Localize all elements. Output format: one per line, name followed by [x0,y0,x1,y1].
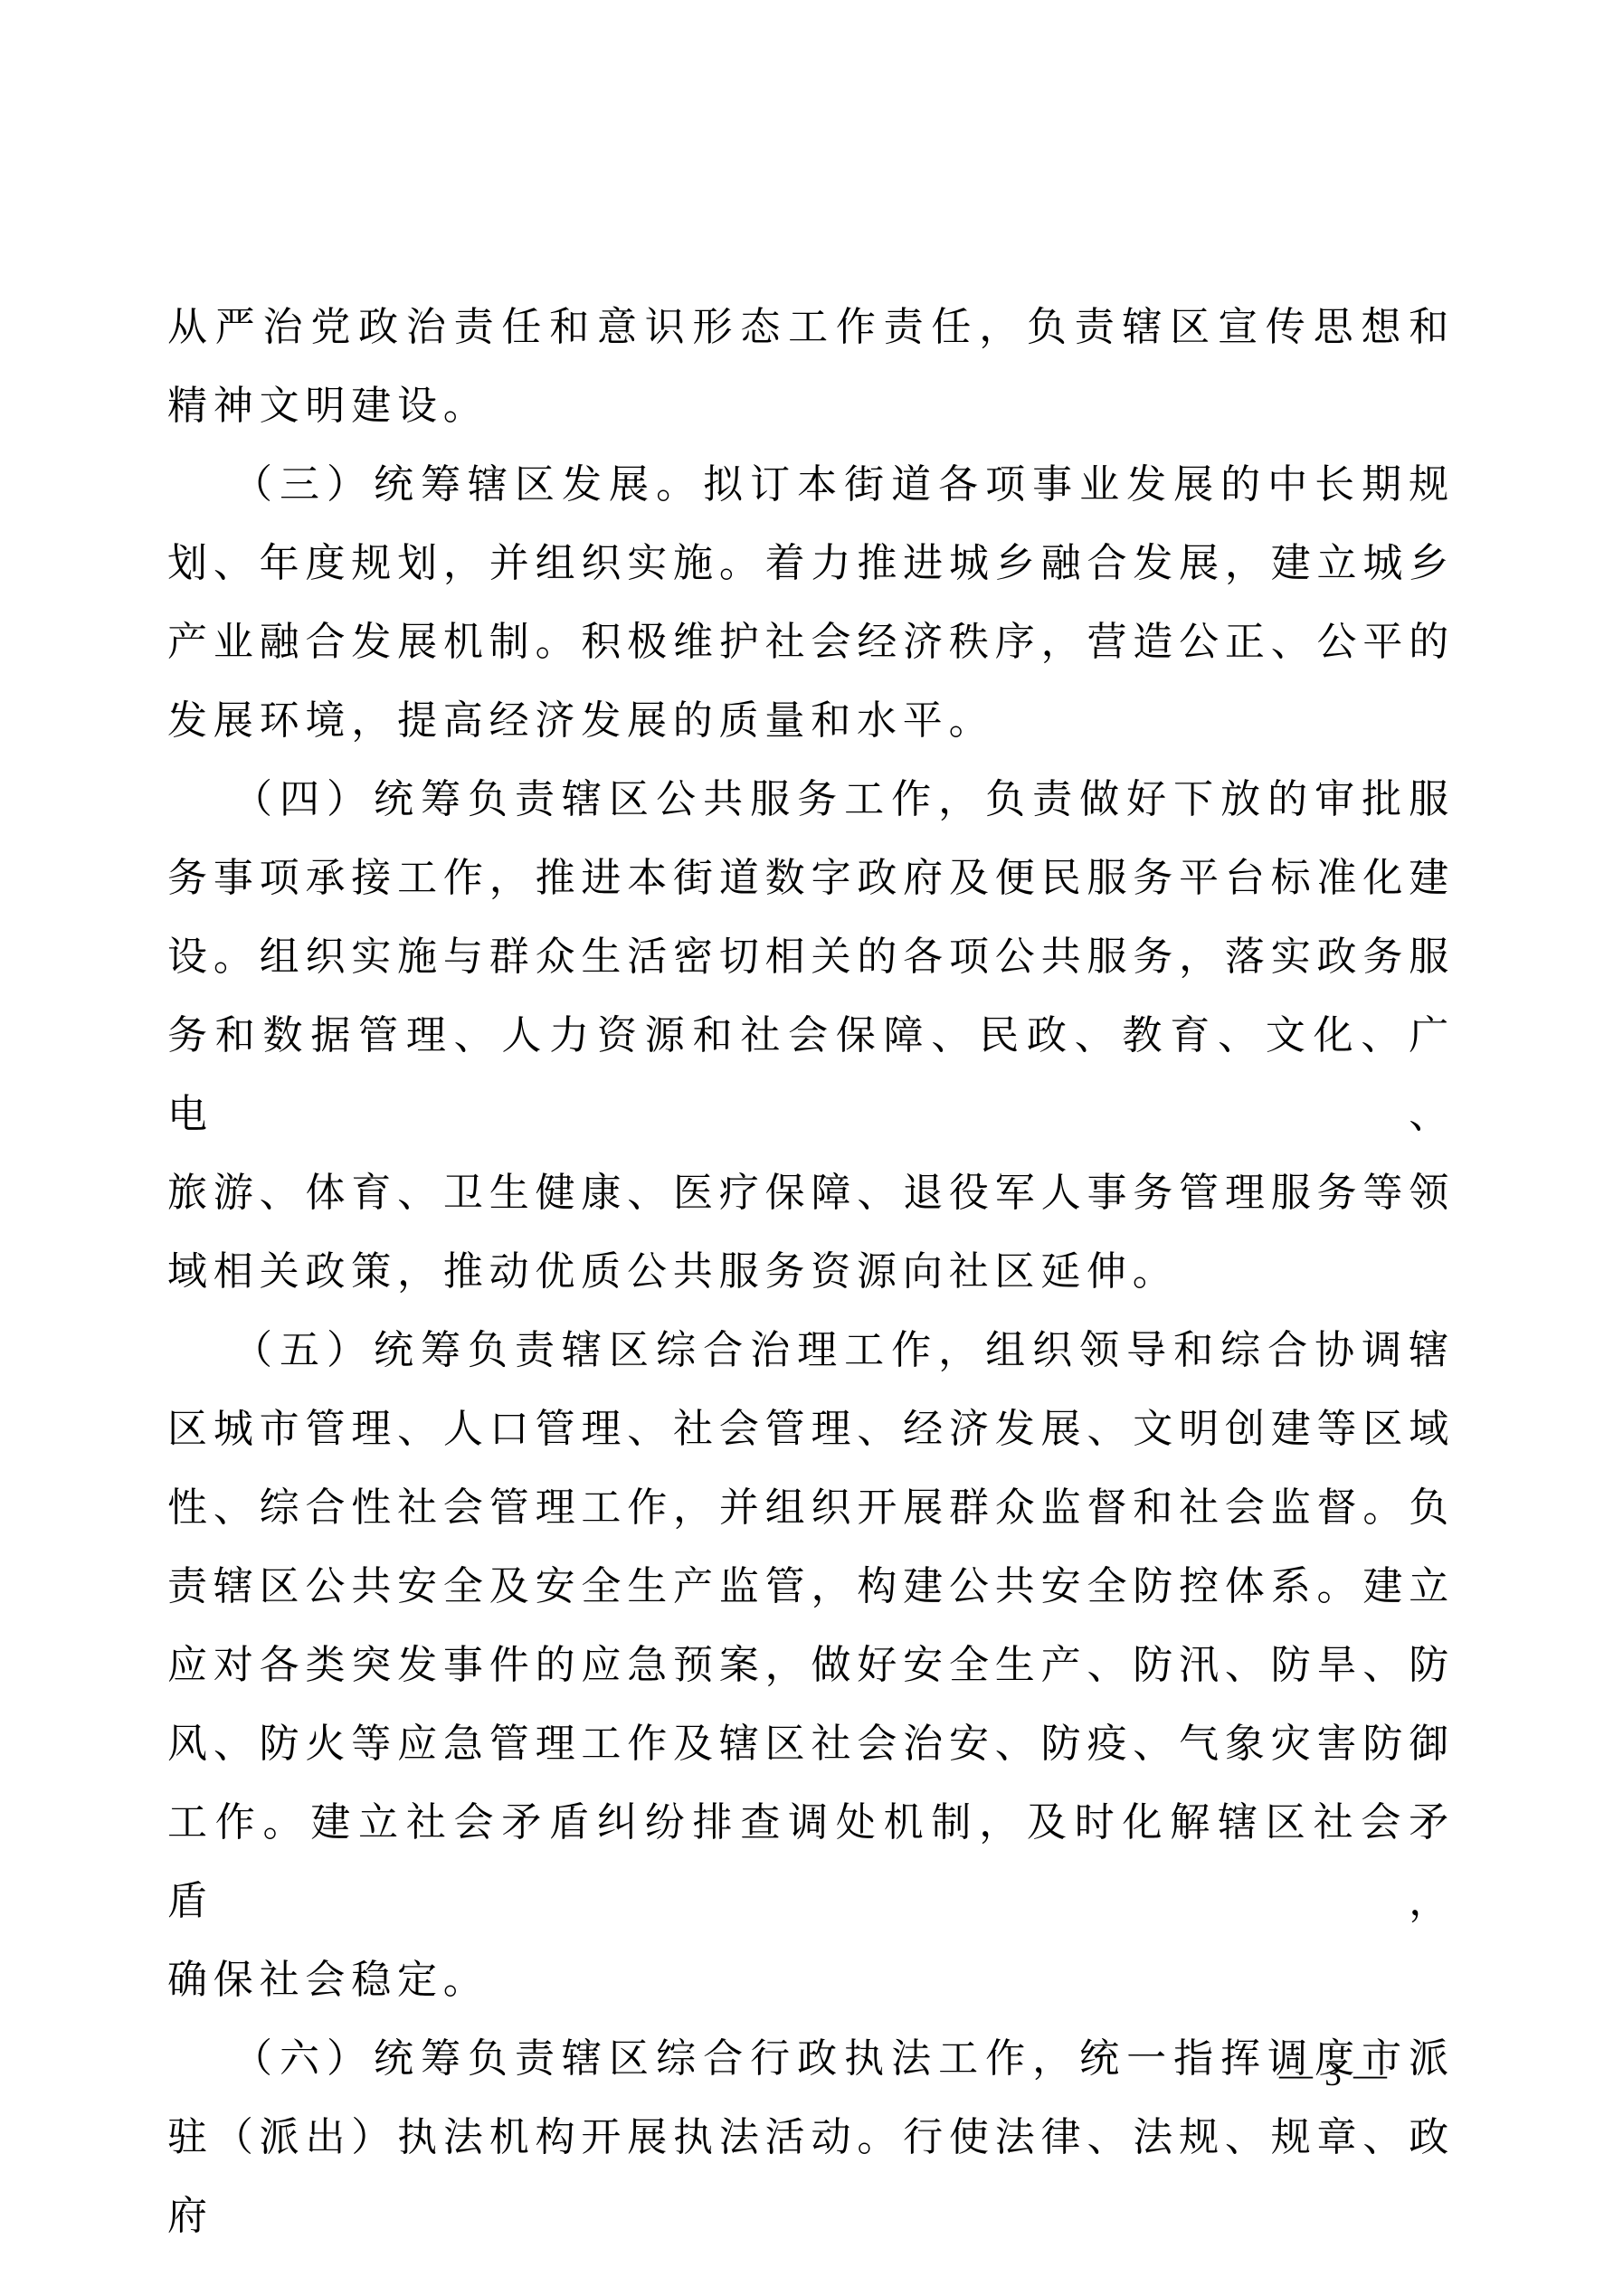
text-line: 旅游、体育、卫生健康、医疗保障、退役军人事务管理服务等领 [167,1153,1455,1232]
text-line: 产业融合发展机制。积极维护社会经济秩序，营造公正、公平的 [167,602,1455,681]
para-item-5: （五）统筹负责辖区综合治理工作，组织领导和综合协调辖区城市管理、人口管理、社会管… [167,1311,1455,2019]
text-line: （三）统筹辖区发展。拟订本街道各项事业发展的中长期规 [167,445,1455,524]
para-item-4: （四）统筹负责辖区公共服务工作，负责做好下放的审批服务事项承接工作，推进本街道数… [167,760,1455,1311]
text-line: 划、年度规划，并组织实施。着力推进城乡融合发展，建立城乡 [167,524,1455,602]
text-line: （四）统筹负责辖区公共服务工作，负责做好下放的审批服 [167,760,1455,839]
text-line: 应对各类突发事件的应急预案，做好安全生产、防汛、防旱、防 [167,1626,1455,1704]
text-line: （五）统筹负责辖区综合治理工作，组织领导和综合协调辖 [167,1311,1455,1390]
text-line: 从严治党政治责任和意识形态工作责任，负责辖区宣传思想和 [167,288,1455,366]
text-line: 责辖区公共安全及安全生产监管，构建公共安全防控体系。建立 [167,1547,1455,1626]
text-line: 务和数据管理、人力资源和社会保障、民政、教育、文化、广电、 [167,996,1455,1153]
para-continuation: 从严治党政治责任和意识形态工作责任，负责辖区宣传思想和精神文明建设。 [167,288,1455,445]
page-number: — 3 — [1279,2055,1389,2095]
text-line: 精神文明建设。 [167,366,1455,445]
text-line: 区城市管理、人口管理、社会管理、经济发展、文明创建等区域 [167,1390,1455,1468]
document-page: 从严治党政治责任和意识形态工作责任，负责辖区宣传思想和精神文明建设。（三）统筹辖… [0,0,1623,2296]
text-line: 发展环境，提高经济发展的质量和水平。 [167,681,1455,760]
text-line: 确保社会稳定。 [167,1940,1455,2019]
text-line: 性、综合性社会管理工作，并组织开展群众监督和社会监督。负 [167,1468,1455,1547]
document-body: 从严治党政治责任和意识形态工作责任，负责辖区宣传思想和精神文明建设。（三）统筹辖… [167,288,1455,2255]
text-line: 务事项承接工作，推进本街道数字政府及便民服务平台标准化建 [167,839,1455,917]
text-line: 风、防火等应急管理工作及辖区社会治安、防疫、气象灾害防御 [167,1704,1455,1783]
text-line: 驻（派出）执法机构开展执法活动。行使法律、法规、规章、政府 [167,2098,1455,2255]
text-line: 设。组织实施与群众生活密切相关的各项公共服务，落实政务服 [167,917,1455,996]
para-item-6: （六）统筹负责辖区综合行政执法工作，统一指挥调度市派驻（派出）执法机构开展执法活… [167,2019,1455,2255]
text-line: （六）统筹负责辖区综合行政执法工作，统一指挥调度市派 [167,2019,1455,2098]
text-line: 域相关政策，推动优质公共服务资源向社区延伸。 [167,1232,1455,1311]
text-line: 工作。建立社会矛盾纠纷排查调处机制，及时化解辖区社会矛盾， [167,1783,1455,1940]
para-item-3: （三）统筹辖区发展。拟订本街道各项事业发展的中长期规划、年度规划，并组织实施。着… [167,445,1455,760]
